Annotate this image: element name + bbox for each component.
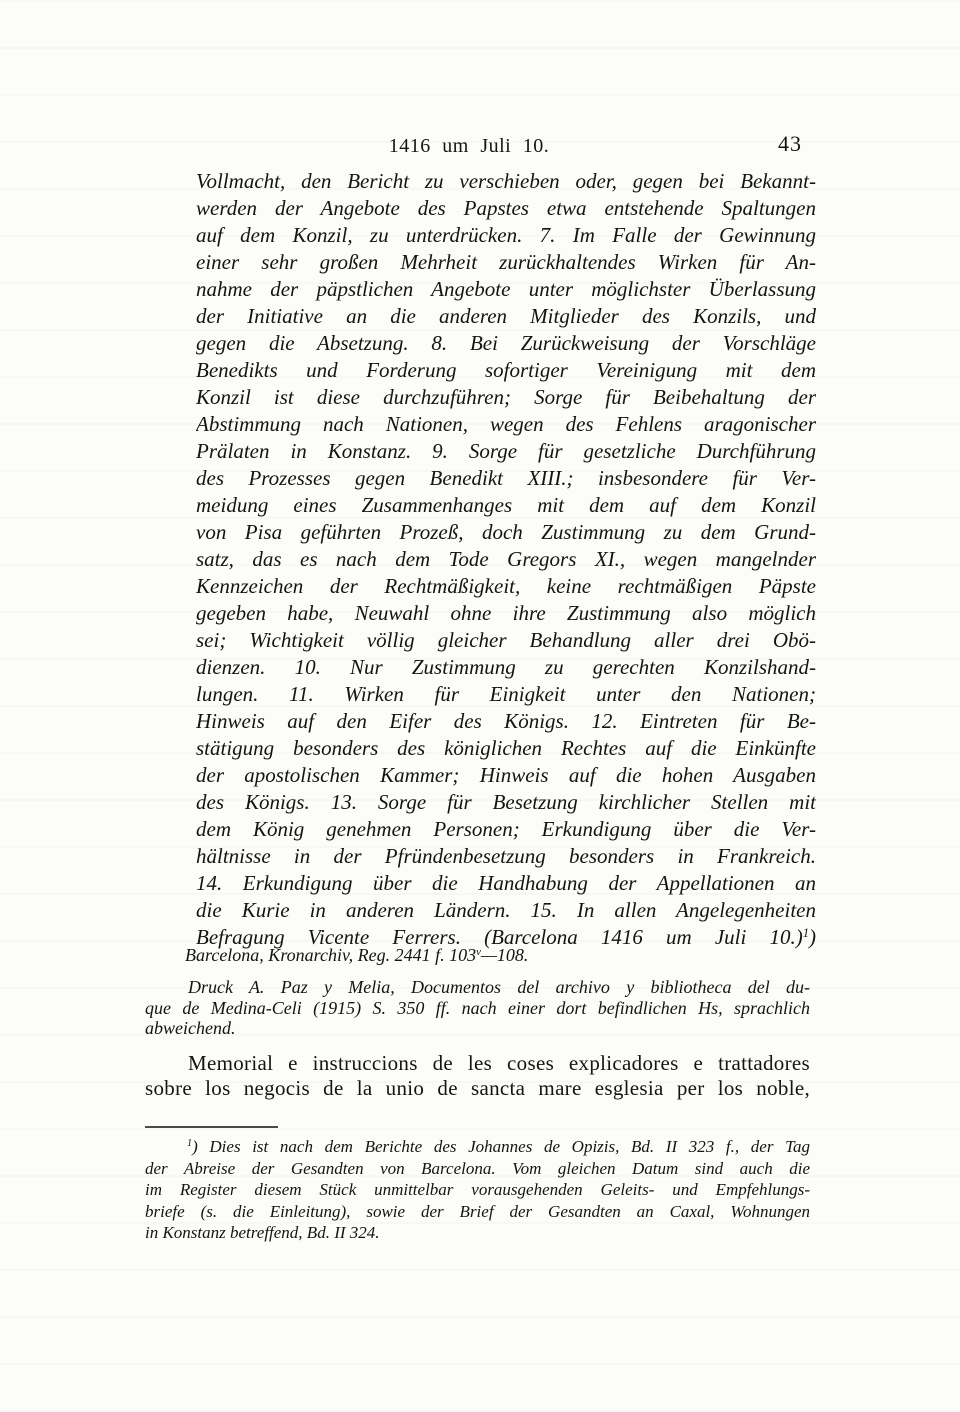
regest-line: meidung eines Zusammenhanges mit dem auf… [196,492,816,519]
document-text-line: Memorial e instruccions de les coses exp… [145,1051,810,1076]
print-edition-note: Druck A. Paz y Melia, Documentos del arc… [145,977,810,1039]
footnote-line: in Konstanz betreffend, Bd. II 324. [145,1222,810,1244]
regest-line: stätigung besonders des königlichen Rech… [196,735,816,762]
regest-line: dienzen. 10. Nur Zustimmung zu gerechten… [196,654,816,681]
regest-line: Prälaten in Konstanz. 9. Sorge für geset… [196,438,816,465]
regest-line: werden der Angebote des Papstes etwa ent… [196,195,816,222]
regest-summary-block: Vollmacht, den Bericht zu verschieben od… [196,168,816,951]
print-note-line: abweichend. [145,1018,810,1039]
footnote-line: im Register diesem Stück unmittelbar vor… [145,1179,810,1201]
regest-line: auf dem Konzil, zu unterdrücken. 7. Im F… [196,222,816,249]
regest-line: die Kurie in anderen Ländern. 15. In all… [196,897,816,924]
regest-line: Abstimmung nach Nationen, wegen des Fehl… [196,411,816,438]
regest-line: sei; Wichtigkeit völlig gleicher Behandl… [196,627,816,654]
footnote-line: briefe (s. die Einleitung), sowie der Br… [145,1201,810,1223]
print-note-line: Druck A. Paz y Melia, Documentos del arc… [145,977,810,998]
regest-line: Vollmacht, den Bericht zu verschieben od… [196,168,816,195]
archive-source-pages: —108. [481,945,529,965]
footnote-line-text: ) Dies ist nach dem Berichte des Johanne… [192,1137,810,1156]
regest-line: des Königs. 13. Sorge für Besetzung kirc… [196,789,816,816]
regest-line: hältnisse in der Pfründenbesetzung beson… [196,843,816,870]
folio-verso-superscript: v [476,946,481,958]
regest-line: Kennzeichen der Rechtmäßigkeit, keine re… [196,573,816,600]
footnote-marker-superscript: 1 [187,1138,192,1149]
regest-line: 14. Erkundigung über die Handhabung der … [196,870,816,897]
regest-line: dem König genehmen Personen; Erkundigung… [196,816,816,843]
running-head-date: 1416 um Juli 10. [344,134,594,158]
footnote-line: der Abreise der Gesandten von Barcelona.… [145,1158,810,1180]
regest-line: nahme der päpstlichen Angebote unter mög… [196,276,816,303]
regest-line: der apostolischen Kammer; Hinweis auf di… [196,762,816,789]
page-number: 43 [778,132,818,156]
document-text-block: Memorial e instruccions de les coses exp… [145,1051,810,1101]
footnote-separator-rule [145,1126,278,1128]
archive-source-text: Barcelona, Kronarchiv, Reg. 2441 f. 103 [185,945,476,965]
regest-line: Benedikts und Forderung sofortiger Verei… [196,357,816,384]
regest-line: satz, das es nach dem Tode Gregors XI., … [196,546,816,573]
regest-line: gegen die Absetzung. 8. Bei Zurückweisun… [196,330,816,357]
footnote-reference-superscript: 1 [803,926,809,940]
regest-line: Hinweis auf den Eifer des Königs. 12. Ei… [196,708,816,735]
footnote-line: 1) Dies ist nach dem Berichte des Johann… [145,1136,810,1158]
regest-line: des Prozesses gegen Benedikt XIII.; insb… [196,465,816,492]
regest-line: von Pisa geführten Prozeß, doch Zustimmu… [196,519,816,546]
regest-line: Konzil ist diese durchzuführen; Sorge fü… [196,384,816,411]
document-text-line: sobre los negocis de la unio de sancta m… [145,1076,810,1101]
regest-line: lungen. 11. Wirken für Einigkeit unter d… [196,681,816,708]
regest-line: einer sehr großen Mehrheit zurückhaltend… [196,249,816,276]
print-note-line: que de Medina-Celi (1915) S. 350 ff. nac… [145,998,810,1019]
regest-line: der Initiative an die anderen Mitglieder… [196,303,816,330]
regest-lines: Vollmacht, den Bericht zu verschieben od… [196,168,816,924]
scanned-book-page: 1416 um Juli 10. 43 Vollmacht, den Beric… [0,0,960,1412]
footnote-block: 1) Dies ist nach dem Berichte des Johann… [145,1136,810,1244]
regest-line: gegeben habe, Neuwahl ohne ihre Zustimmu… [196,600,816,627]
archive-source-line: Barcelona, Kronarchiv, Reg. 2441 f. 103v… [185,944,825,967]
